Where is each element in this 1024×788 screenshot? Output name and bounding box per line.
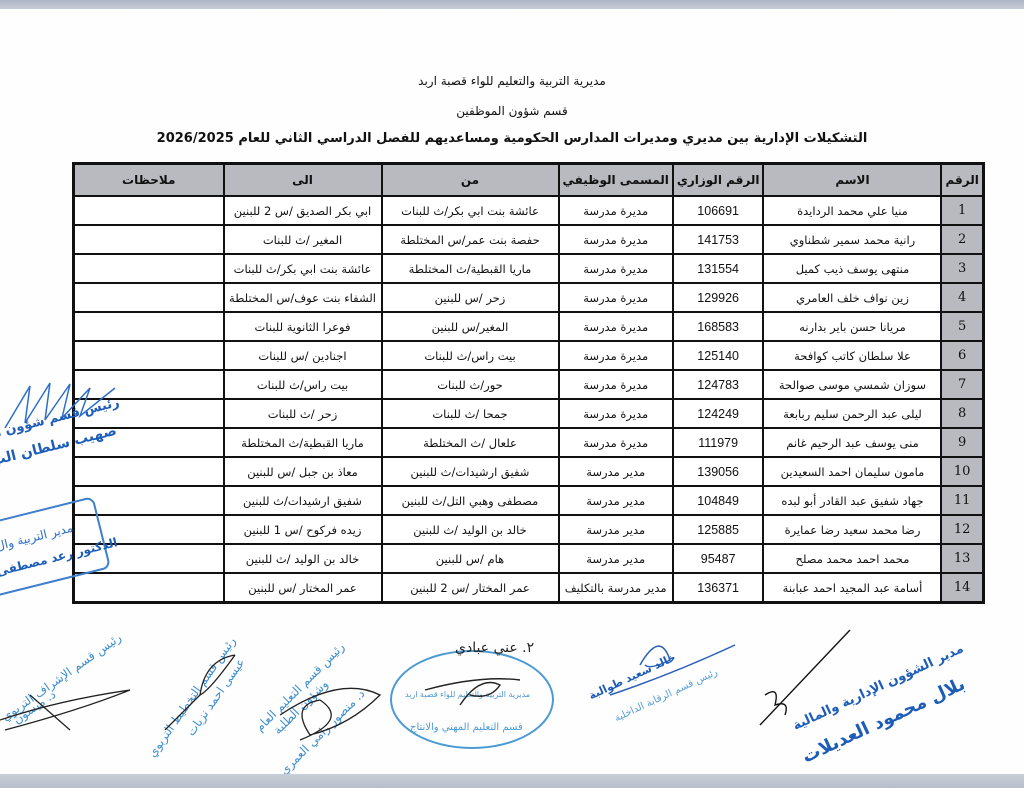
cell-from-school: زحر /س للبنين	[382, 283, 559, 312]
cell-ministry-id: 111979	[673, 428, 764, 457]
table-row: 6علا سلطان كاتب كوافحة125140مديرة مدرسةب…	[74, 341, 984, 370]
col-header-from: من	[382, 164, 559, 197]
cell-ministry-id: 129926	[673, 283, 764, 312]
cell-employee-name: جهاد شفيق عبد القادر أبو لبده	[763, 486, 941, 515]
cell-notes	[74, 573, 224, 603]
cell-job-title: مدير مدرسة بالتكليف	[559, 573, 673, 603]
table-row: 12رضا محمد سعيد رضا عمايرة125885مدير مدر…	[74, 515, 984, 544]
document-title: التشكيلات الإدارية بين مديري ومديرات الم…	[0, 131, 1024, 146]
col-header-name: الاسم	[763, 164, 941, 197]
oval-stamp-dept: قسم التعليم المهني والانتاج	[410, 722, 523, 733]
cell-job-title: مديرة مدرسة	[559, 312, 673, 341]
signature-1	[0, 680, 140, 740]
transfers-table: الرقم الاسم الرقم الوزاري المسمى الوظيفي…	[72, 162, 985, 604]
cell-row-number: 8	[941, 399, 983, 428]
cell-notes	[74, 225, 224, 254]
cell-job-title: مديرة مدرسة	[559, 283, 673, 312]
cell-row-number: 3	[941, 254, 983, 283]
window-top-bar	[0, 0, 1024, 9]
cell-ministry-id: 139056	[673, 457, 764, 486]
directorate-title: مديرية التربية والتعليم للواء قصبة اربد	[0, 74, 1024, 88]
cell-employee-name: منى يوسف عبد الرحيم غانم	[763, 428, 941, 457]
cell-job-title: مديرة مدرسة	[559, 196, 673, 225]
cell-job-title: مدير مدرسة	[559, 486, 673, 515]
signature-4	[420, 655, 530, 715]
cell-ministry-id: 125885	[673, 515, 764, 544]
cell-from-school: بيت راس/ث للبنات	[382, 341, 559, 370]
cell-employee-name: رانية محمد سمير شطناوي	[763, 225, 941, 254]
cell-row-number: 7	[941, 370, 983, 399]
col-header-number: الرقم	[941, 164, 983, 197]
cell-to-school: خالد بن الوليد /ث للبنين	[224, 544, 382, 573]
col-header-ministry-id: الرقم الوزاري	[673, 164, 764, 197]
cell-to-school: زحر /ث للبنات	[224, 399, 382, 428]
cell-job-title: مديرة مدرسة	[559, 428, 673, 457]
cell-row-number: 11	[941, 486, 983, 515]
cell-ministry-id: 136371	[673, 573, 764, 603]
col-header-job-title: المسمى الوظيفي	[559, 164, 673, 197]
cell-employee-name: مريانا حسن باير بدارنه	[763, 312, 941, 341]
table-row: 4زين نواف خلف العامري129926مديرة مدرسةزح…	[74, 283, 984, 312]
cell-notes	[74, 457, 224, 486]
cell-row-number: 2	[941, 225, 983, 254]
signature-3	[260, 665, 390, 745]
table-row: 9منى يوسف عبد الرحيم غانم111979مديرة مدر…	[74, 428, 984, 457]
cell-to-school: بيت راس/ث للبنات	[224, 370, 382, 399]
cell-from-school: خالد بن الوليد /ث للبنين	[382, 515, 559, 544]
cell-employee-name: ليلى عبد الرحمن سليم ربابعة	[763, 399, 941, 428]
cell-from-school: عمر المختار /س 2 للبنين	[382, 573, 559, 603]
cell-ministry-id: 104849	[673, 486, 764, 515]
table-row: 2رانية محمد سمير شطناوي141753مديرة مدرسة…	[74, 225, 984, 254]
cell-notes	[74, 254, 224, 283]
cell-row-number: 6	[941, 341, 983, 370]
cell-row-number: 14	[941, 573, 983, 603]
cell-job-title: مديرة مدرسة	[559, 254, 673, 283]
cell-from-school: شفيق ارشيدات/ث للبنين	[382, 457, 559, 486]
cell-job-title: مدير مدرسة	[559, 515, 673, 544]
cell-job-title: مديرة مدرسة	[559, 399, 673, 428]
cell-to-school: عائشة بنت ابي بكر/ث للبنات	[224, 254, 382, 283]
cell-employee-name: علا سلطان كاتب كوافحة	[763, 341, 941, 370]
cell-ministry-id: 106691	[673, 196, 764, 225]
cell-from-school: حفصة بنت عمر/س المختلطة	[382, 225, 559, 254]
cell-notes	[74, 312, 224, 341]
window-bottom-bar	[0, 774, 1024, 788]
cell-row-number: 5	[941, 312, 983, 341]
table-header-row: الرقم الاسم الرقم الوزاري المسمى الوظيفي…	[74, 164, 984, 197]
table-row: 11جهاد شفيق عبد القادر أبو لبده104849مدي…	[74, 486, 984, 515]
table-row: 7سوزان شمسي موسى صوالحة124783مديرة مدرسة…	[74, 370, 984, 399]
cell-employee-name: سوزان شمسي موسى صوالحة	[763, 370, 941, 399]
cell-ministry-id: 131554	[673, 254, 764, 283]
department-title: قسم شؤون الموظفين	[0, 104, 1024, 118]
cell-ministry-id: 168583	[673, 312, 764, 341]
cell-employee-name: منتهى يوسف ذيب كميل	[763, 254, 941, 283]
col-header-to: الى	[224, 164, 382, 197]
handwritten-date: ٢. عني عبادي	[455, 640, 534, 656]
cell-job-title: مدير مدرسة	[559, 544, 673, 573]
cell-to-school: ابي بكر الصديق /س 2 للبنين	[224, 196, 382, 225]
cell-row-number: 4	[941, 283, 983, 312]
cell-to-school: ماريا القبطية/ث المختلطة	[224, 428, 382, 457]
cell-employee-name: محمد احمد محمد مصلح	[763, 544, 941, 573]
cell-job-title: مديرة مدرسة	[559, 341, 673, 370]
cell-row-number: 10	[941, 457, 983, 486]
cell-to-school: المغير /ث للبنات	[224, 225, 382, 254]
cell-employee-name: زين نواف خلف العامري	[763, 283, 941, 312]
cell-row-number: 13	[941, 544, 983, 573]
cell-to-school: شفيق ارشيدات/ث للبنين	[224, 486, 382, 515]
col-header-notes: ملاحظات	[74, 164, 224, 197]
cell-from-school: علعال /ث المختلطة	[382, 428, 559, 457]
table-row: 8ليلى عبد الرحمن سليم ربابعة124249مديرة …	[74, 399, 984, 428]
cell-to-school: زيده فركوح /س 1 للبنين	[224, 515, 382, 544]
cell-notes	[74, 196, 224, 225]
table-row: 10مامون سليمان احمد السعيدين139056مدير م…	[74, 457, 984, 486]
cell-employee-name: رضا محمد سعيد رضا عمايرة	[763, 515, 941, 544]
table-row: 1منيا علي محمد الردايدة106691مديرة مدرسة…	[74, 196, 984, 225]
cell-from-school: مصطفى وهبي التل/ث للبنين	[382, 486, 559, 515]
signature-2	[155, 650, 245, 730]
cell-to-school: معاذ بن جبل /س للبنين	[224, 457, 382, 486]
table-row: 5مريانا حسن باير بدارنه168583مديرة مدرسة…	[74, 312, 984, 341]
cell-row-number: 12	[941, 515, 983, 544]
table-row: 13محمد احمد محمد مصلح95487مدير مدرسةهام …	[74, 544, 984, 573]
cell-job-title: مديرة مدرسة	[559, 370, 673, 399]
cell-from-school: جمحا /ث للبنات	[382, 399, 559, 428]
cell-employee-name: أسامة عبد المجيد احمد عبابنة	[763, 573, 941, 603]
cell-to-school: عمر المختار /س للبنين	[224, 573, 382, 603]
cell-from-school: هام /س للبنين	[382, 544, 559, 573]
cell-notes	[74, 341, 224, 370]
cell-row-number: 1	[941, 196, 983, 225]
table-row: 3منتهى يوسف ذيب كميل131554مديرة مدرسةمار…	[74, 254, 984, 283]
cell-job-title: مدير مدرسة	[559, 457, 673, 486]
cell-ministry-id: 95487	[673, 544, 764, 573]
cell-ministry-id: 141753	[673, 225, 764, 254]
cell-to-school: فوعرا الثانوية للبنات	[224, 312, 382, 341]
cell-from-school: حور/ث للبنات	[382, 370, 559, 399]
cell-from-school: المغير/س للبنين	[382, 312, 559, 341]
cell-job-title: مديرة مدرسة	[559, 225, 673, 254]
cell-row-number: 9	[941, 428, 983, 457]
cell-from-school: عائشة بنت ابي بكر/ث للبنات	[382, 196, 559, 225]
cell-to-school: اجنادين /س للبنات	[224, 341, 382, 370]
cell-employee-name: مامون سليمان احمد السعيدين	[763, 457, 941, 486]
cell-ministry-id: 124783	[673, 370, 764, 399]
table-row: 14أسامة عبد المجيد احمد عبابنة136371مدير…	[74, 573, 984, 603]
cell-ministry-id: 125140	[673, 341, 764, 370]
cell-notes	[74, 283, 224, 312]
cell-ministry-id: 124249	[673, 399, 764, 428]
cell-employee-name: منيا علي محمد الردايدة	[763, 196, 941, 225]
cell-to-school: الشفاء بنت عوف/س المختلطة	[224, 283, 382, 312]
cell-from-school: ماريا القبطية/ث المختلطة	[382, 254, 559, 283]
